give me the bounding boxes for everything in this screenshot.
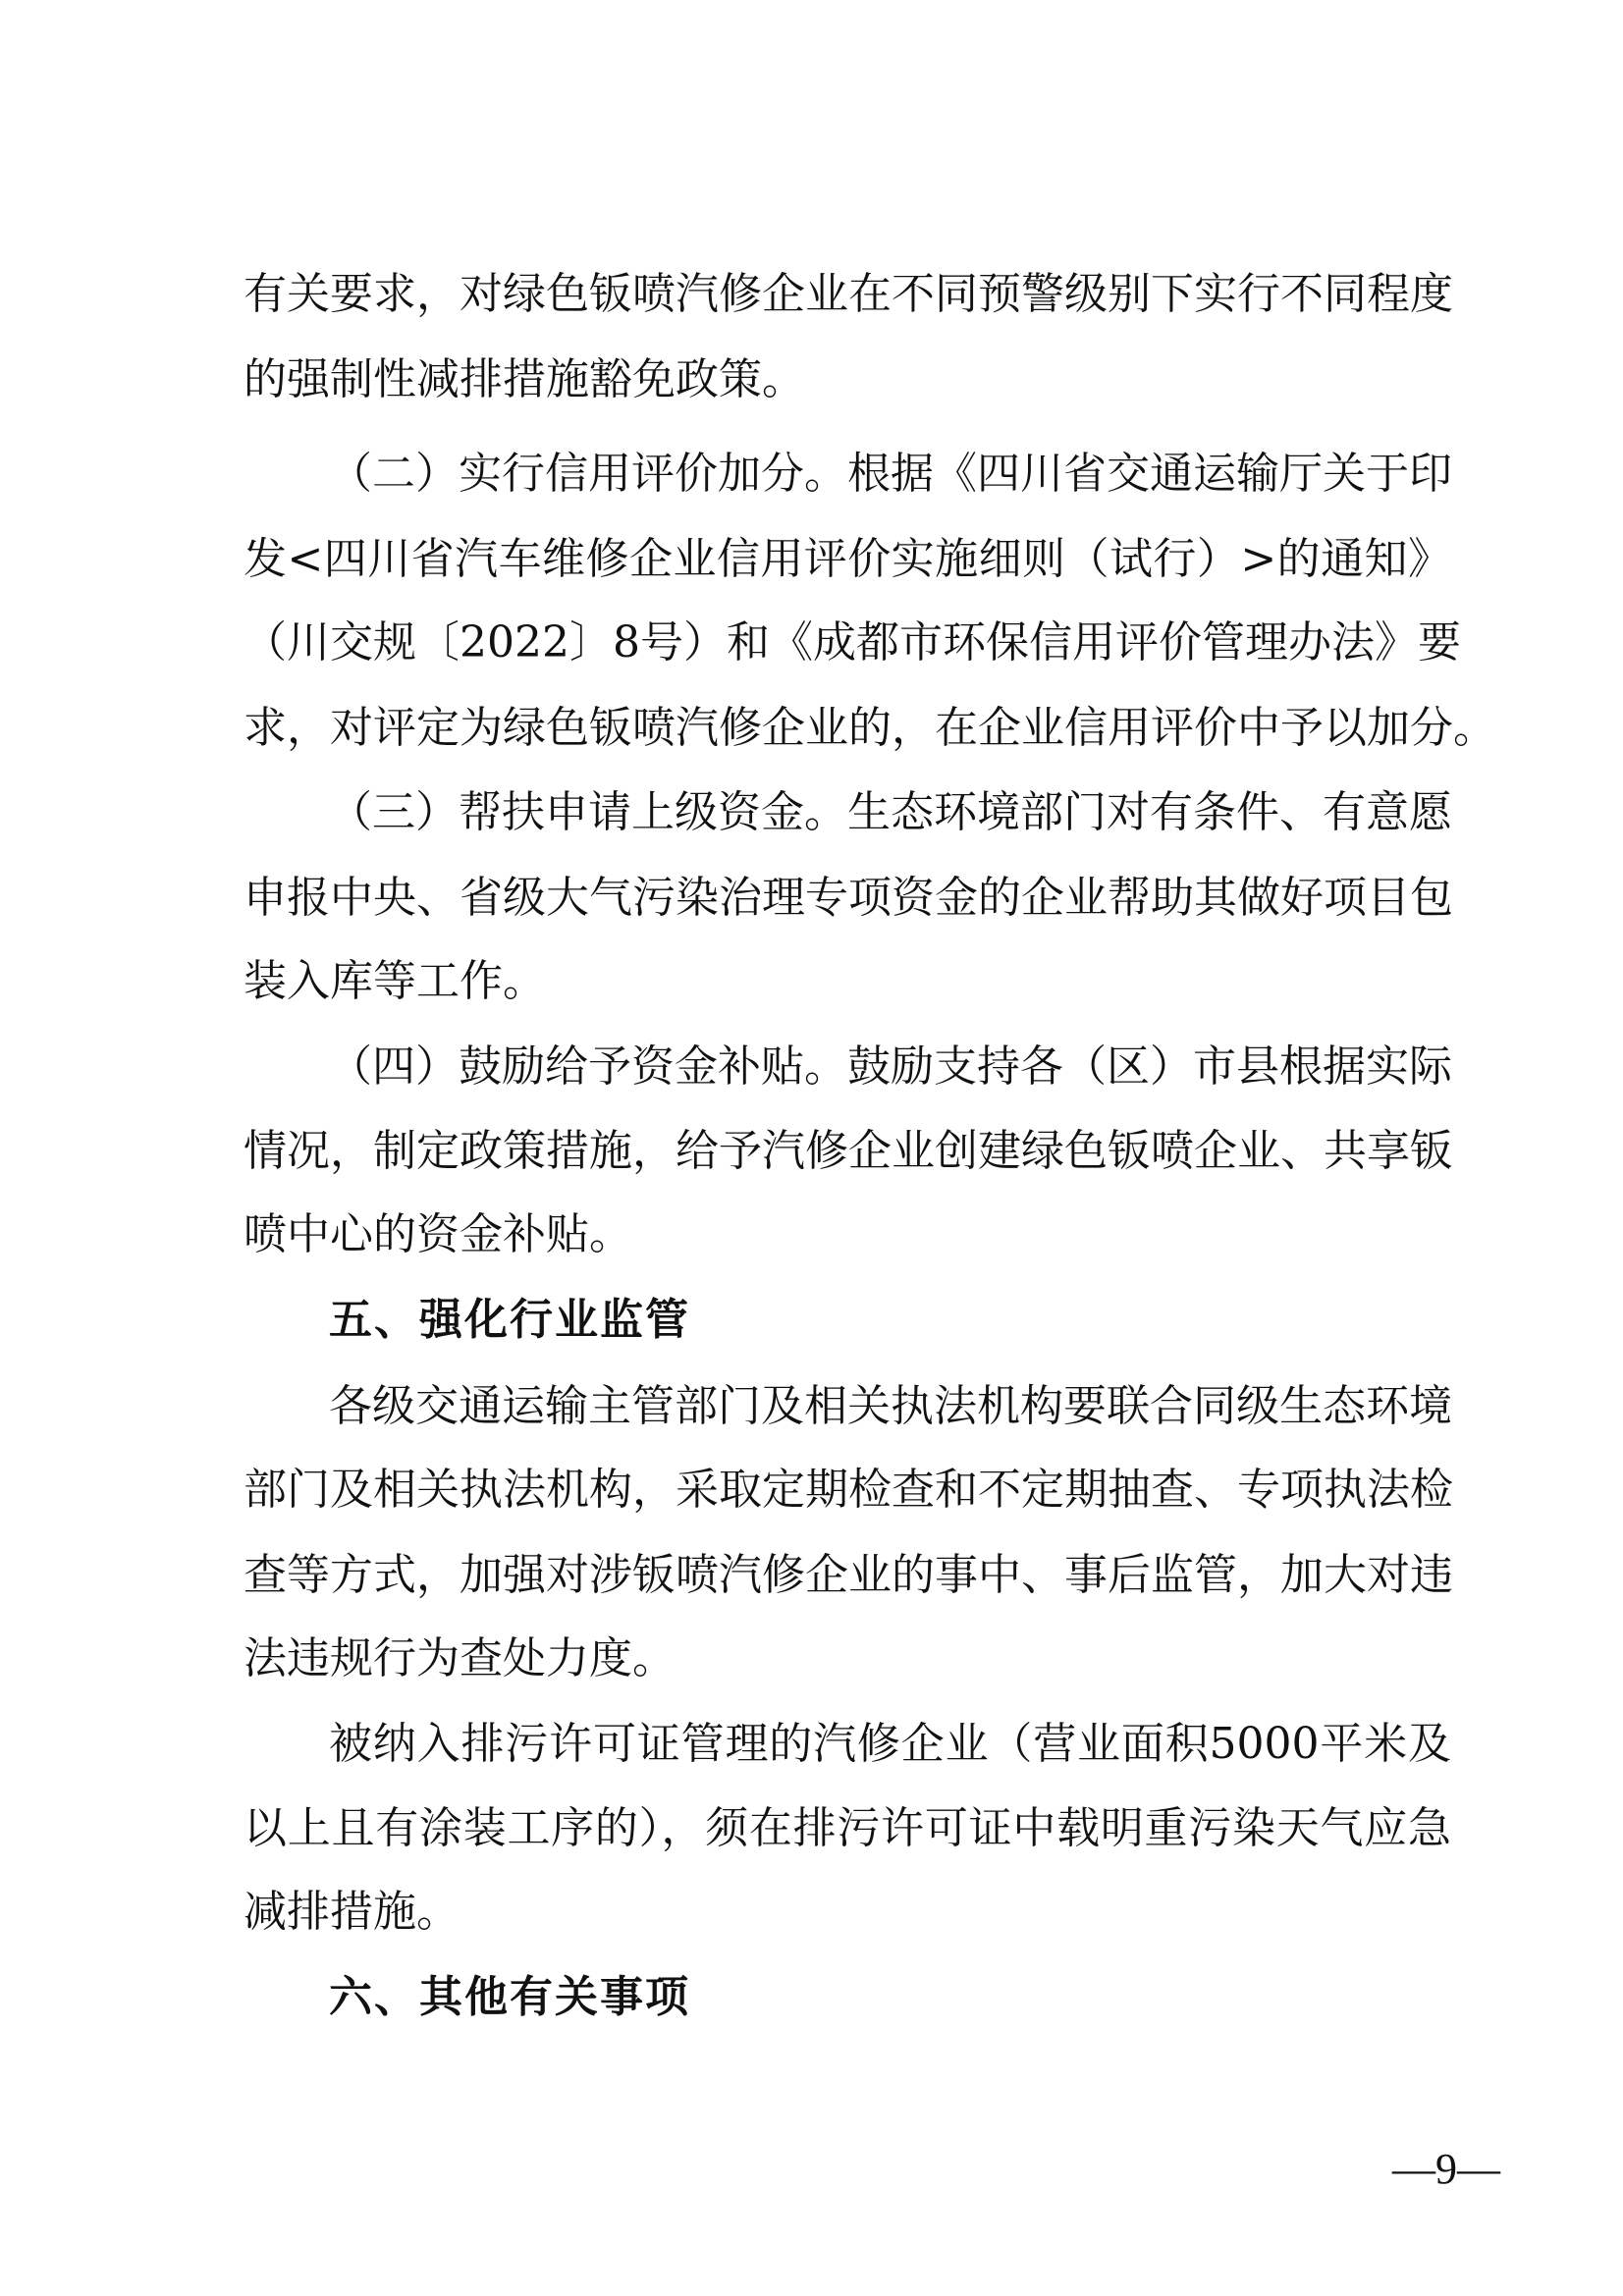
supervision-para-1-line-1: 各级交通运输主管部门及相关执法机构要联合同级生态环境 xyxy=(329,1377,1451,1436)
section-item-4-line-1: （四）鼓励给予资金补贴。鼓励支持各（区）市县根据实际 xyxy=(329,1038,1451,1096)
body-line-2: 的强制性减排措施豁免政策。 xyxy=(243,350,1451,409)
document-page: 有关要求，对绿色钣喷汽修企业在不同预警级别下实行不同程度 的强制性减排措施豁免政… xyxy=(0,0,1623,2296)
supervision-para-2-line-2: 以上且有涂装工序的），须在排污许可证中载明重污染天气应急 xyxy=(243,1799,1451,1858)
page-number: —9— xyxy=(1392,2140,1500,2199)
section-item-2-line-1: （二）实行信用评价加分。根据《四川省交通运输厅关于印 xyxy=(329,445,1451,504)
body-line-1: 有关要求，对绿色钣喷汽修企业在不同预警级别下实行不同程度 xyxy=(243,265,1451,324)
section-item-3-line-1: （三）帮扶申请上级资金。生态环境部门对有条件、有意愿 xyxy=(329,783,1451,842)
section-item-3-line-2: 申报中央、省级大气污染治理专项资金的企业帮助其做好项目包 xyxy=(243,869,1451,928)
section-item-3-line-3: 装入库等工作。 xyxy=(243,952,1451,1011)
section-item-2-line-3: （川交规〔2022〕8号）和《成都市环保信用评价管理办法》要 xyxy=(243,614,1451,672)
section-heading-6: 六、其他有关事项 xyxy=(329,1968,690,2027)
supervision-para-1-line-2: 部门及相关执法机构，采取定期检查和不定期抽查、专项执法检 xyxy=(243,1461,1451,1520)
supervision-para-2-line-3: 减排措施。 xyxy=(243,1883,1451,1942)
supervision-para-1-line-3: 查等方式，加强对涉钣喷汽修企业的事中、事后监管，加大对违 xyxy=(243,1546,1451,1605)
supervision-para-2-line-1: 被纳入排污许可证管理的汽修企业（营业面积5000平米及 xyxy=(329,1715,1451,1774)
supervision-para-1-line-4: 法违规行为查处力度。 xyxy=(243,1629,1451,1688)
section-item-4-line-2: 情况，制定政策措施，给予汽修企业创建绿色钣喷企业、共享钣 xyxy=(243,1122,1451,1181)
section-item-2-line-2: 发<四川省汽车维修企业信用评价实施细则（试行）>的通知》 xyxy=(243,530,1451,589)
section-item-2-line-4: 求，对评定为绿色钣喷汽修企业的，在企业信用评价中予以加分。 xyxy=(243,699,1451,758)
section-item-4-line-3: 喷中心的资金补贴。 xyxy=(243,1205,1451,1264)
section-heading-5: 五、强化行业监管 xyxy=(329,1291,690,1350)
